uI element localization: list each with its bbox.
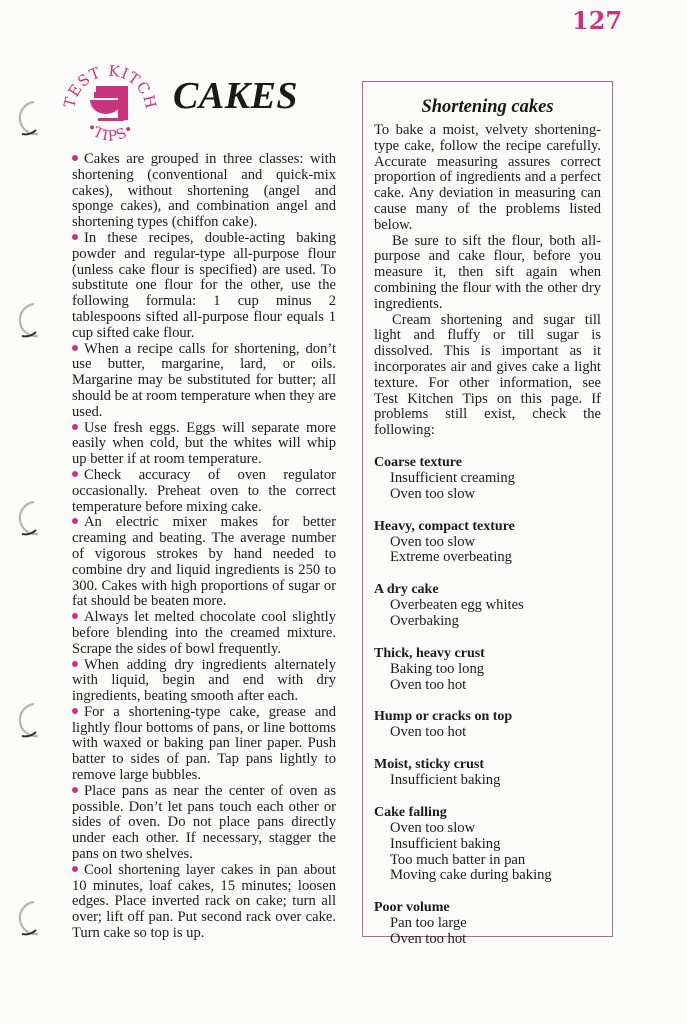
binder-hole-icon [8,700,44,740]
tip-item: When adding dry ingredients alternately … [72,658,336,705]
problem-title: Coarse texture [374,455,601,471]
bullet-icon [72,471,78,477]
problem-cause: Baking too long [374,662,601,678]
mixer-icon: TEST KITCHEN •TIPS• [60,52,160,152]
problem-cause: Pan too large [374,916,601,932]
problem-title: Cake falling [374,805,601,821]
bullet-icon [72,708,78,714]
problem-cause: Moving cake during baking [374,868,601,884]
problem-title: Thick, heavy crust [374,646,601,662]
problem-item: A dry cake Overbeaten egg whites Overbak… [374,582,601,630]
tip-item: Cakes are grouped in three classes: with… [72,152,336,231]
bullet-icon [72,661,78,667]
tip-item: Use fresh eggs. Eggs will separate more … [72,421,336,468]
binder-hole-icon [8,98,44,138]
tip-item: Cool shortening layer cakes in pan about… [72,863,336,942]
problem-cause: Oven too hot [374,678,601,694]
bullet-icon [72,787,78,793]
problem-cause: Insufficient baking [374,773,601,789]
problem-item: Poor volume Pan too large Oven too hot [374,900,601,948]
problem-title: Moist, sticky crust [374,757,601,773]
box-title: Shortening cakes [374,97,601,118]
bullet-icon [72,613,78,619]
problem-cause: Overbaking [374,614,601,630]
bullet-icon [72,866,78,872]
problem-title: Hump or cracks on top [374,709,601,725]
problem-cause: Oven too hot [374,932,601,948]
problem-cause: Too much batter in pan [374,853,601,869]
bullet-icon [72,345,78,351]
box-paragraph: Cream shortening and sugar till light an… [374,313,601,439]
problem-item: Thick, heavy crust Baking too long Oven … [374,646,601,694]
bullet-icon [72,518,78,524]
problem-item: Heavy, compact texture Oven too slow Ext… [374,519,601,567]
problem-cause: Overbeaten egg whites [374,598,601,614]
problem-cause: Oven too hot [374,725,601,741]
binder-hole-icon [8,498,44,538]
tip-item: For a shortening-type cake, grease and l… [72,705,336,784]
tip-item: When a recipe calls for shortening, don’… [72,342,336,421]
tips-list: Cakes are grouped in three classes: with… [72,152,336,942]
binder-hole-icon [8,300,44,340]
problem-item: Hump or cracks on top Oven too hot [374,709,601,741]
problem-cause: Insufficient baking [374,837,601,853]
tip-item: In these recipes, double-acting baking p… [72,231,336,342]
problem-title: Heavy, compact texture [374,519,601,535]
problem-cause: Oven too slow [374,487,601,503]
problem-cause: Extreme overbeating [374,550,601,566]
problem-cause: Insufficient creaming [374,471,601,487]
test-kitchen-tips-logo: TEST KITCHEN •TIPS• [60,52,160,152]
shortening-cakes-box: Shortening cakes To bake a moist, velvet… [362,81,613,937]
tip-item: Always let melted chocolate cool slightl… [72,610,336,657]
page-number: 127 [572,6,622,35]
box-paragraph: Be sure to sift the flour, both all-purp… [374,234,601,313]
binder-hole-icon [8,898,44,938]
svg-text:•TIPS•: •TIPS• [83,120,138,145]
tip-item: Check accuracy of oven regulator occasio… [72,468,336,515]
bullet-icon [72,424,78,430]
logo-bottom-text: •TIPS• [83,120,138,145]
problem-item: Cake falling Oven too slow Insufficient … [374,805,601,884]
section-title: CAKES [173,74,298,118]
problem-title: Poor volume [374,900,601,916]
bullet-icon [72,155,78,161]
problem-cause: Oven too slow [374,821,601,837]
tip-item: Place pans as near the center of oven as… [72,784,336,863]
problem-item: Moist, sticky crust Insufficient baking [374,757,601,789]
box-paragraph: To bake a moist, velvety shortening-type… [374,123,601,234]
problem-item: Coarse texture Insufficient creaming Ove… [374,455,601,503]
bullet-icon [72,234,78,240]
problem-title: A dry cake [374,582,601,598]
problem-cause: Oven too slow [374,535,601,551]
tip-item: An electric mixer makes for better cream… [72,515,336,610]
